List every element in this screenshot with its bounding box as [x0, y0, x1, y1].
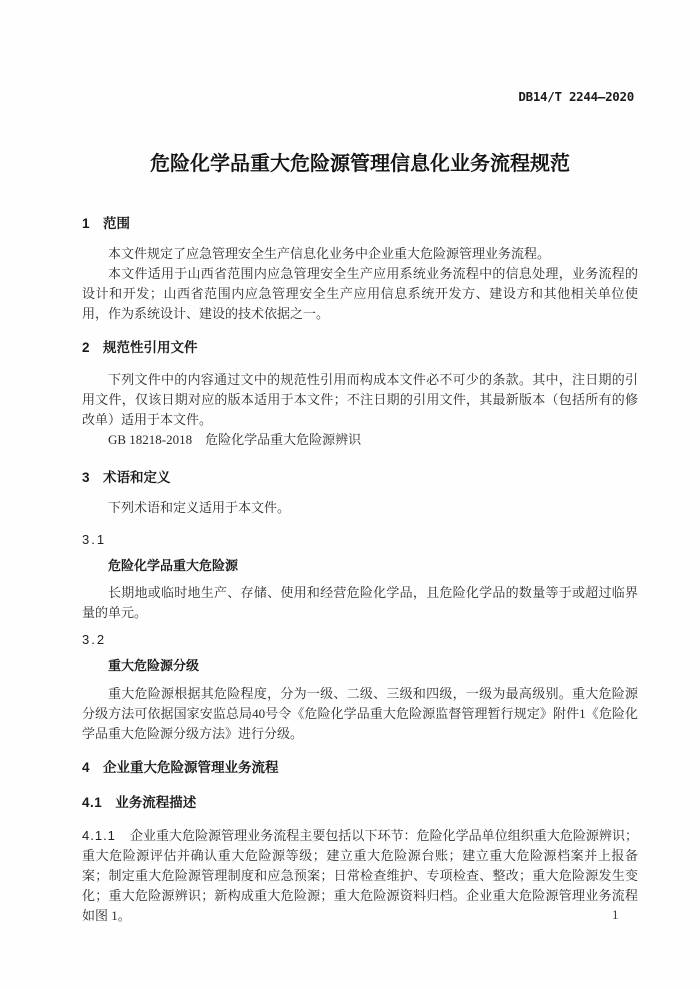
- section-2-heading: 2规范性引用文件: [82, 338, 638, 358]
- term-3-2-name: 重大危险源分级: [82, 656, 638, 676]
- term-3-2-number: 3.2: [82, 630, 638, 650]
- section-4-number: 4: [82, 758, 90, 778]
- term-3-1-definition: 长期地或临时地生产、存储、使用和经营危险化学品，且危险化学品的数量等于或超过临界…: [82, 583, 638, 623]
- terms-intro-paragraph: 下列术语和定义适用于本文件。: [82, 498, 638, 518]
- clause-4-1-1-paragraph: 4.1.1企业重大危险源管理业务流程主要包括以下环节：危险化学品单位组织重大危险…: [82, 826, 638, 926]
- scope-paragraph-1: 本文件规定了应急管理安全生产信息化业务中企业重大危险源管理业务流程。: [82, 244, 638, 264]
- section-2-title: 规范性引用文件: [103, 340, 198, 355]
- normative-references-paragraph: 下列文件中的内容通过文中的规范性引用而构成本文件必不可少的条款。其中，注日期的引…: [82, 370, 638, 430]
- section-4-1-heading: 4.1业务流程描述: [82, 793, 638, 813]
- page-number: 1: [612, 907, 619, 923]
- section-4-heading: 4企业重大危险源管理业务流程: [82, 758, 638, 778]
- section-1-title: 范围: [103, 216, 130, 231]
- document-content: 危险化学品重大危险源管理信息化业务流程规范 1范围 本文件规定了应急管理安全生产…: [82, 0, 638, 926]
- term-3-2-definition: 重大危险源根据其危险程度，分为一级、二级、三级和四级，一级为最高级别。重大危险源…: [82, 684, 638, 744]
- section-2-number: 2: [82, 338, 90, 358]
- clause-4-1-1-number: 4.1.1: [82, 828, 116, 843]
- term-3-1-number: 3.1: [82, 530, 638, 550]
- scope-paragraph-2: 本文件适用于山西省范围内应急管理安全生产应用系统业务流程中的信息处理，业务流程的…: [82, 264, 638, 324]
- section-3-title: 术语和定义: [103, 470, 171, 485]
- normative-reference-entry: GB 18218-2018 危险化学品重大危险源辨识: [82, 430, 638, 450]
- section-4-1-number: 4.1: [82, 793, 102, 813]
- section-4-title: 企业重大危险源管理业务流程: [103, 760, 279, 775]
- section-1-number: 1: [82, 214, 90, 234]
- section-3-heading: 3术语和定义: [82, 468, 638, 488]
- section-1-heading: 1范围: [82, 214, 638, 234]
- section-3-number: 3: [82, 468, 90, 488]
- term-3-1-name: 危险化学品重大危险源: [82, 556, 638, 576]
- section-4-1-title: 业务流程描述: [115, 795, 196, 810]
- document-title: 危险化学品重大危险源管理信息化业务流程规范: [82, 150, 638, 178]
- document-page: DB14/T 2244—2020 危险化学品重大危险源管理信息化业务流程规范 1…: [0, 0, 700, 989]
- clause-4-1-1-text: 企业重大危险源管理业务流程主要包括以下环节：危险化学品单位组织重大危险源辨识；重…: [82, 828, 638, 923]
